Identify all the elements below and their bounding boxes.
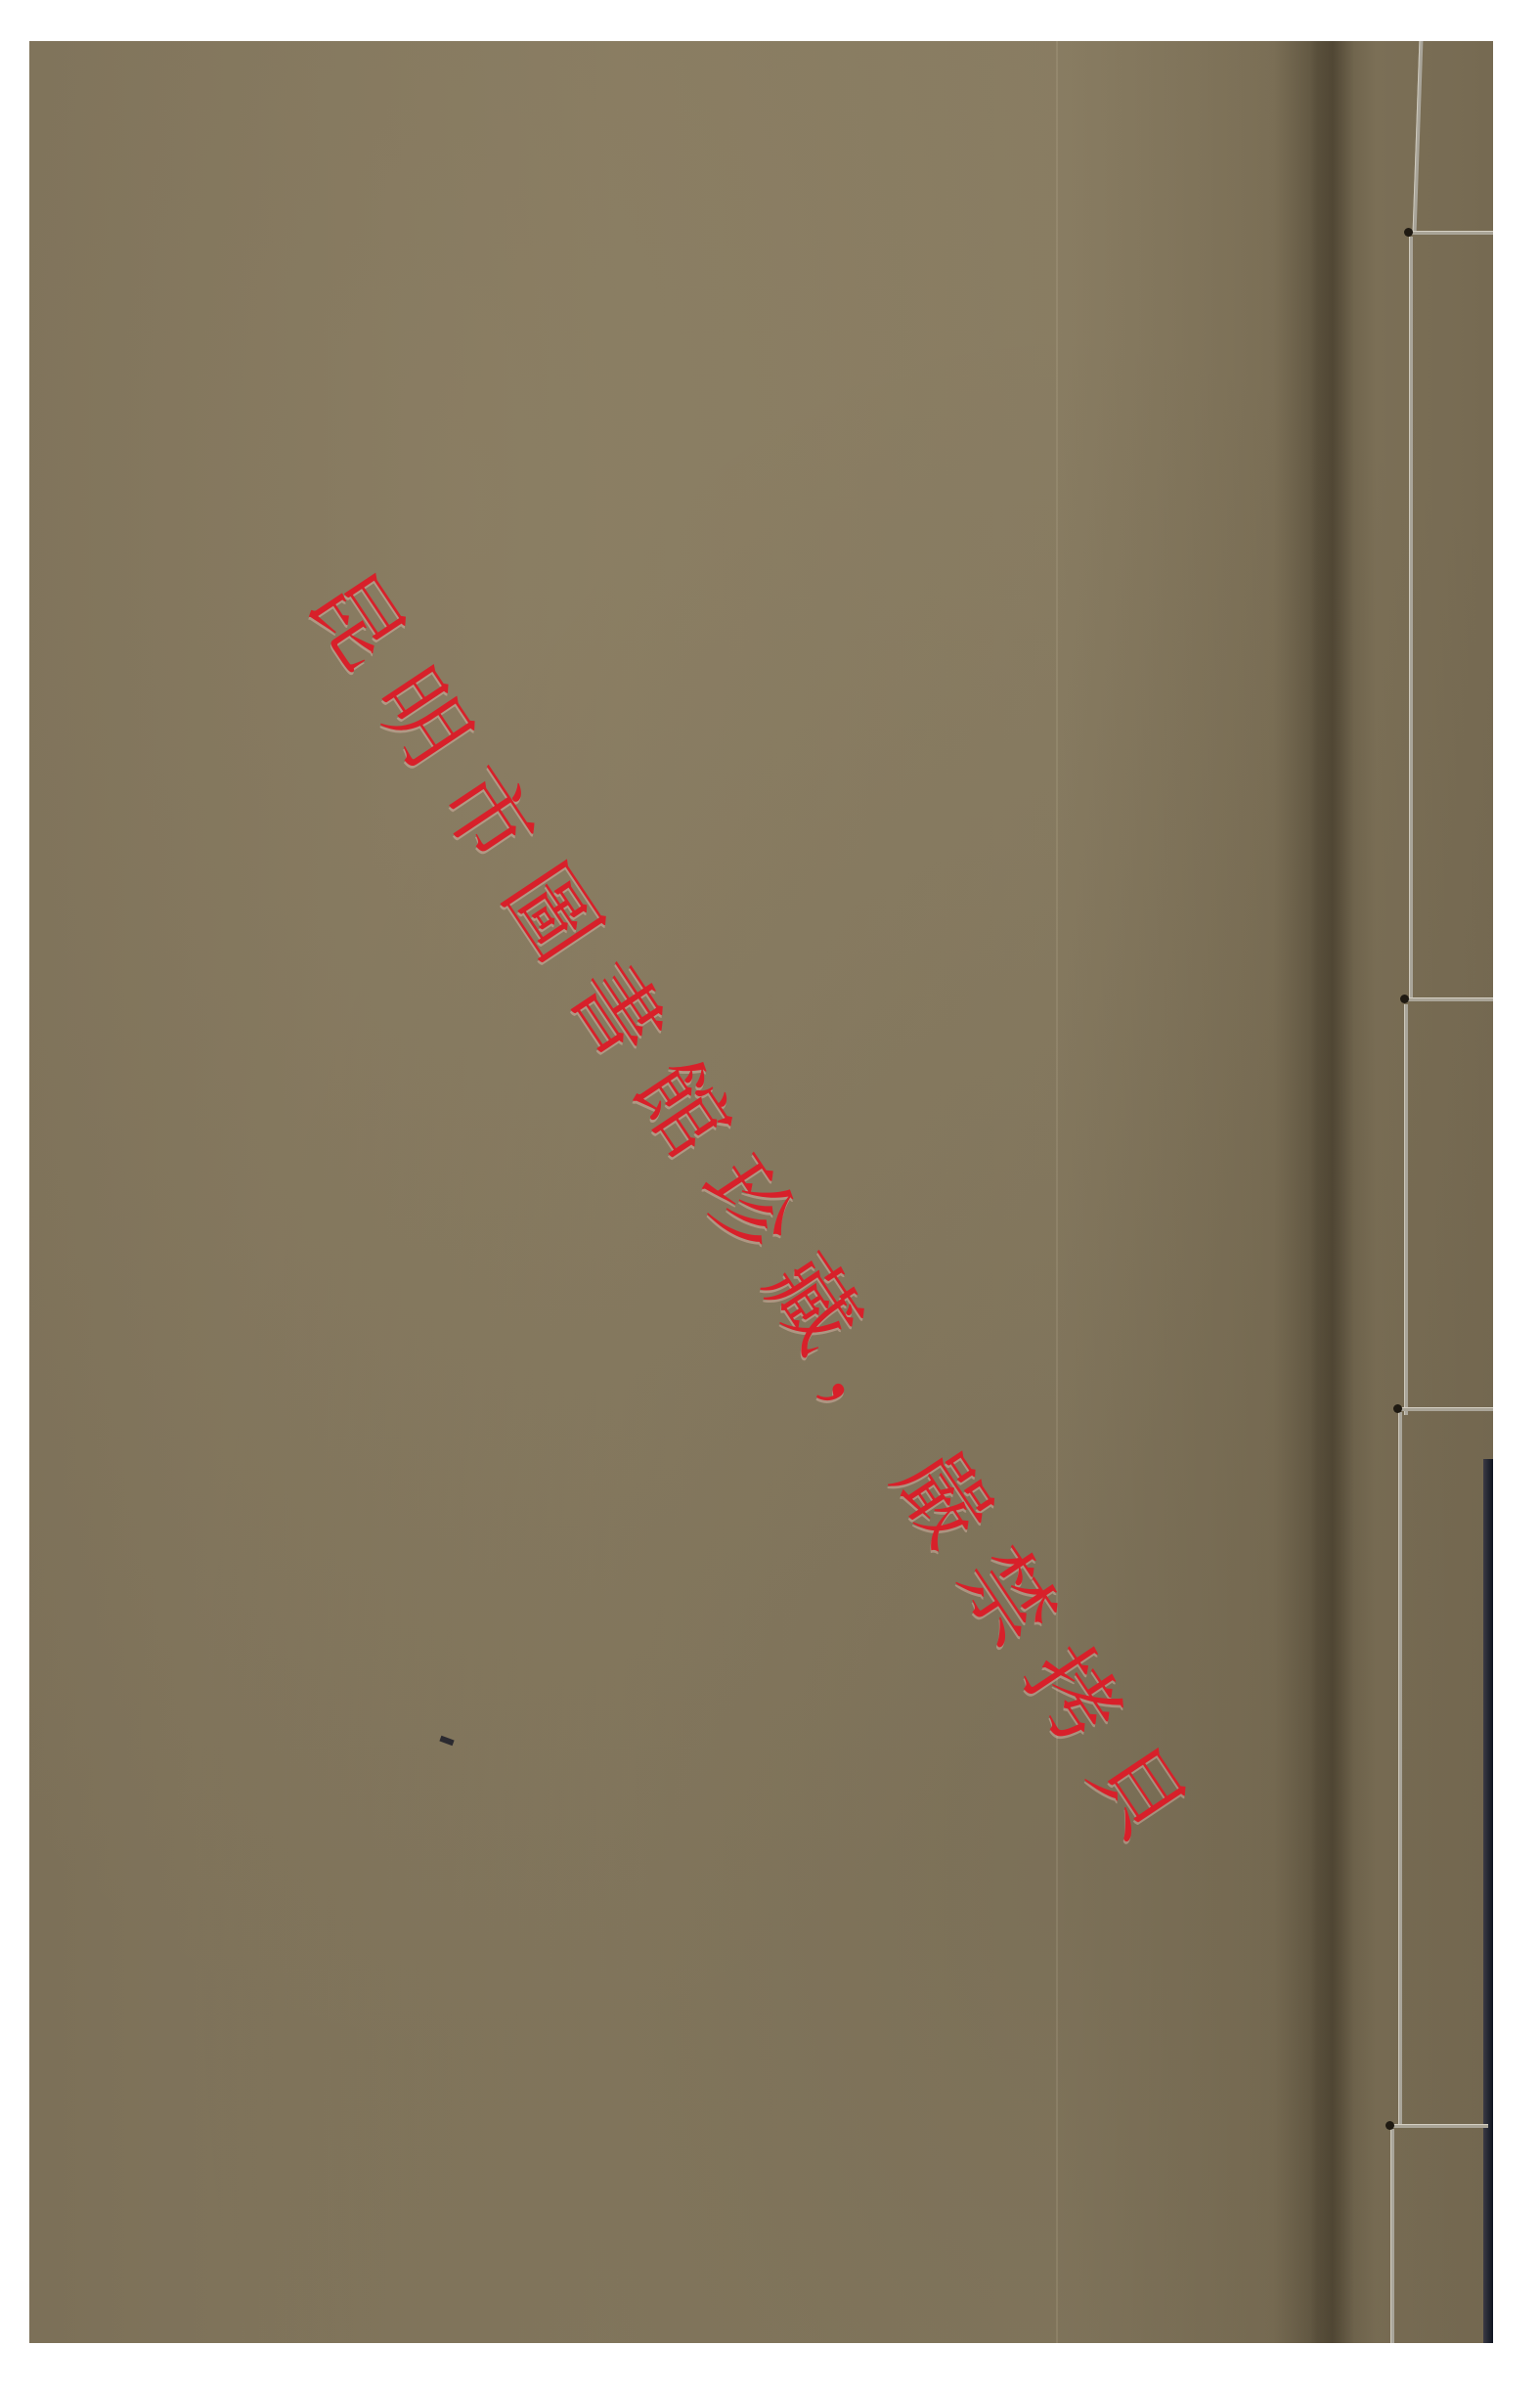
spine-edge — [1483, 1459, 1493, 2343]
binding-thread-vertical — [1390, 2129, 1394, 2343]
ink-speck — [439, 1736, 454, 1746]
binding-hole — [1386, 2121, 1394, 2130]
binding-hole — [1393, 1404, 1402, 1413]
binding-stitch — [1398, 1407, 1493, 1411]
binding-hole — [1400, 995, 1409, 1003]
binding-fold-shadow — [1310, 41, 1354, 2343]
binding-thread-vertical — [1404, 1004, 1408, 1415]
binding-stitch — [1390, 2124, 1488, 2128]
paper-crease — [1056, 41, 1058, 2343]
binding-stitch — [1406, 997, 1493, 1001]
binding-stitch — [1410, 231, 1493, 235]
binding-hole — [1404, 228, 1413, 237]
binding-thread-vertical — [1398, 1412, 1402, 2126]
binding-thread-vertical — [1413, 41, 1424, 232]
binding-thread-vertical — [1409, 237, 1413, 999]
